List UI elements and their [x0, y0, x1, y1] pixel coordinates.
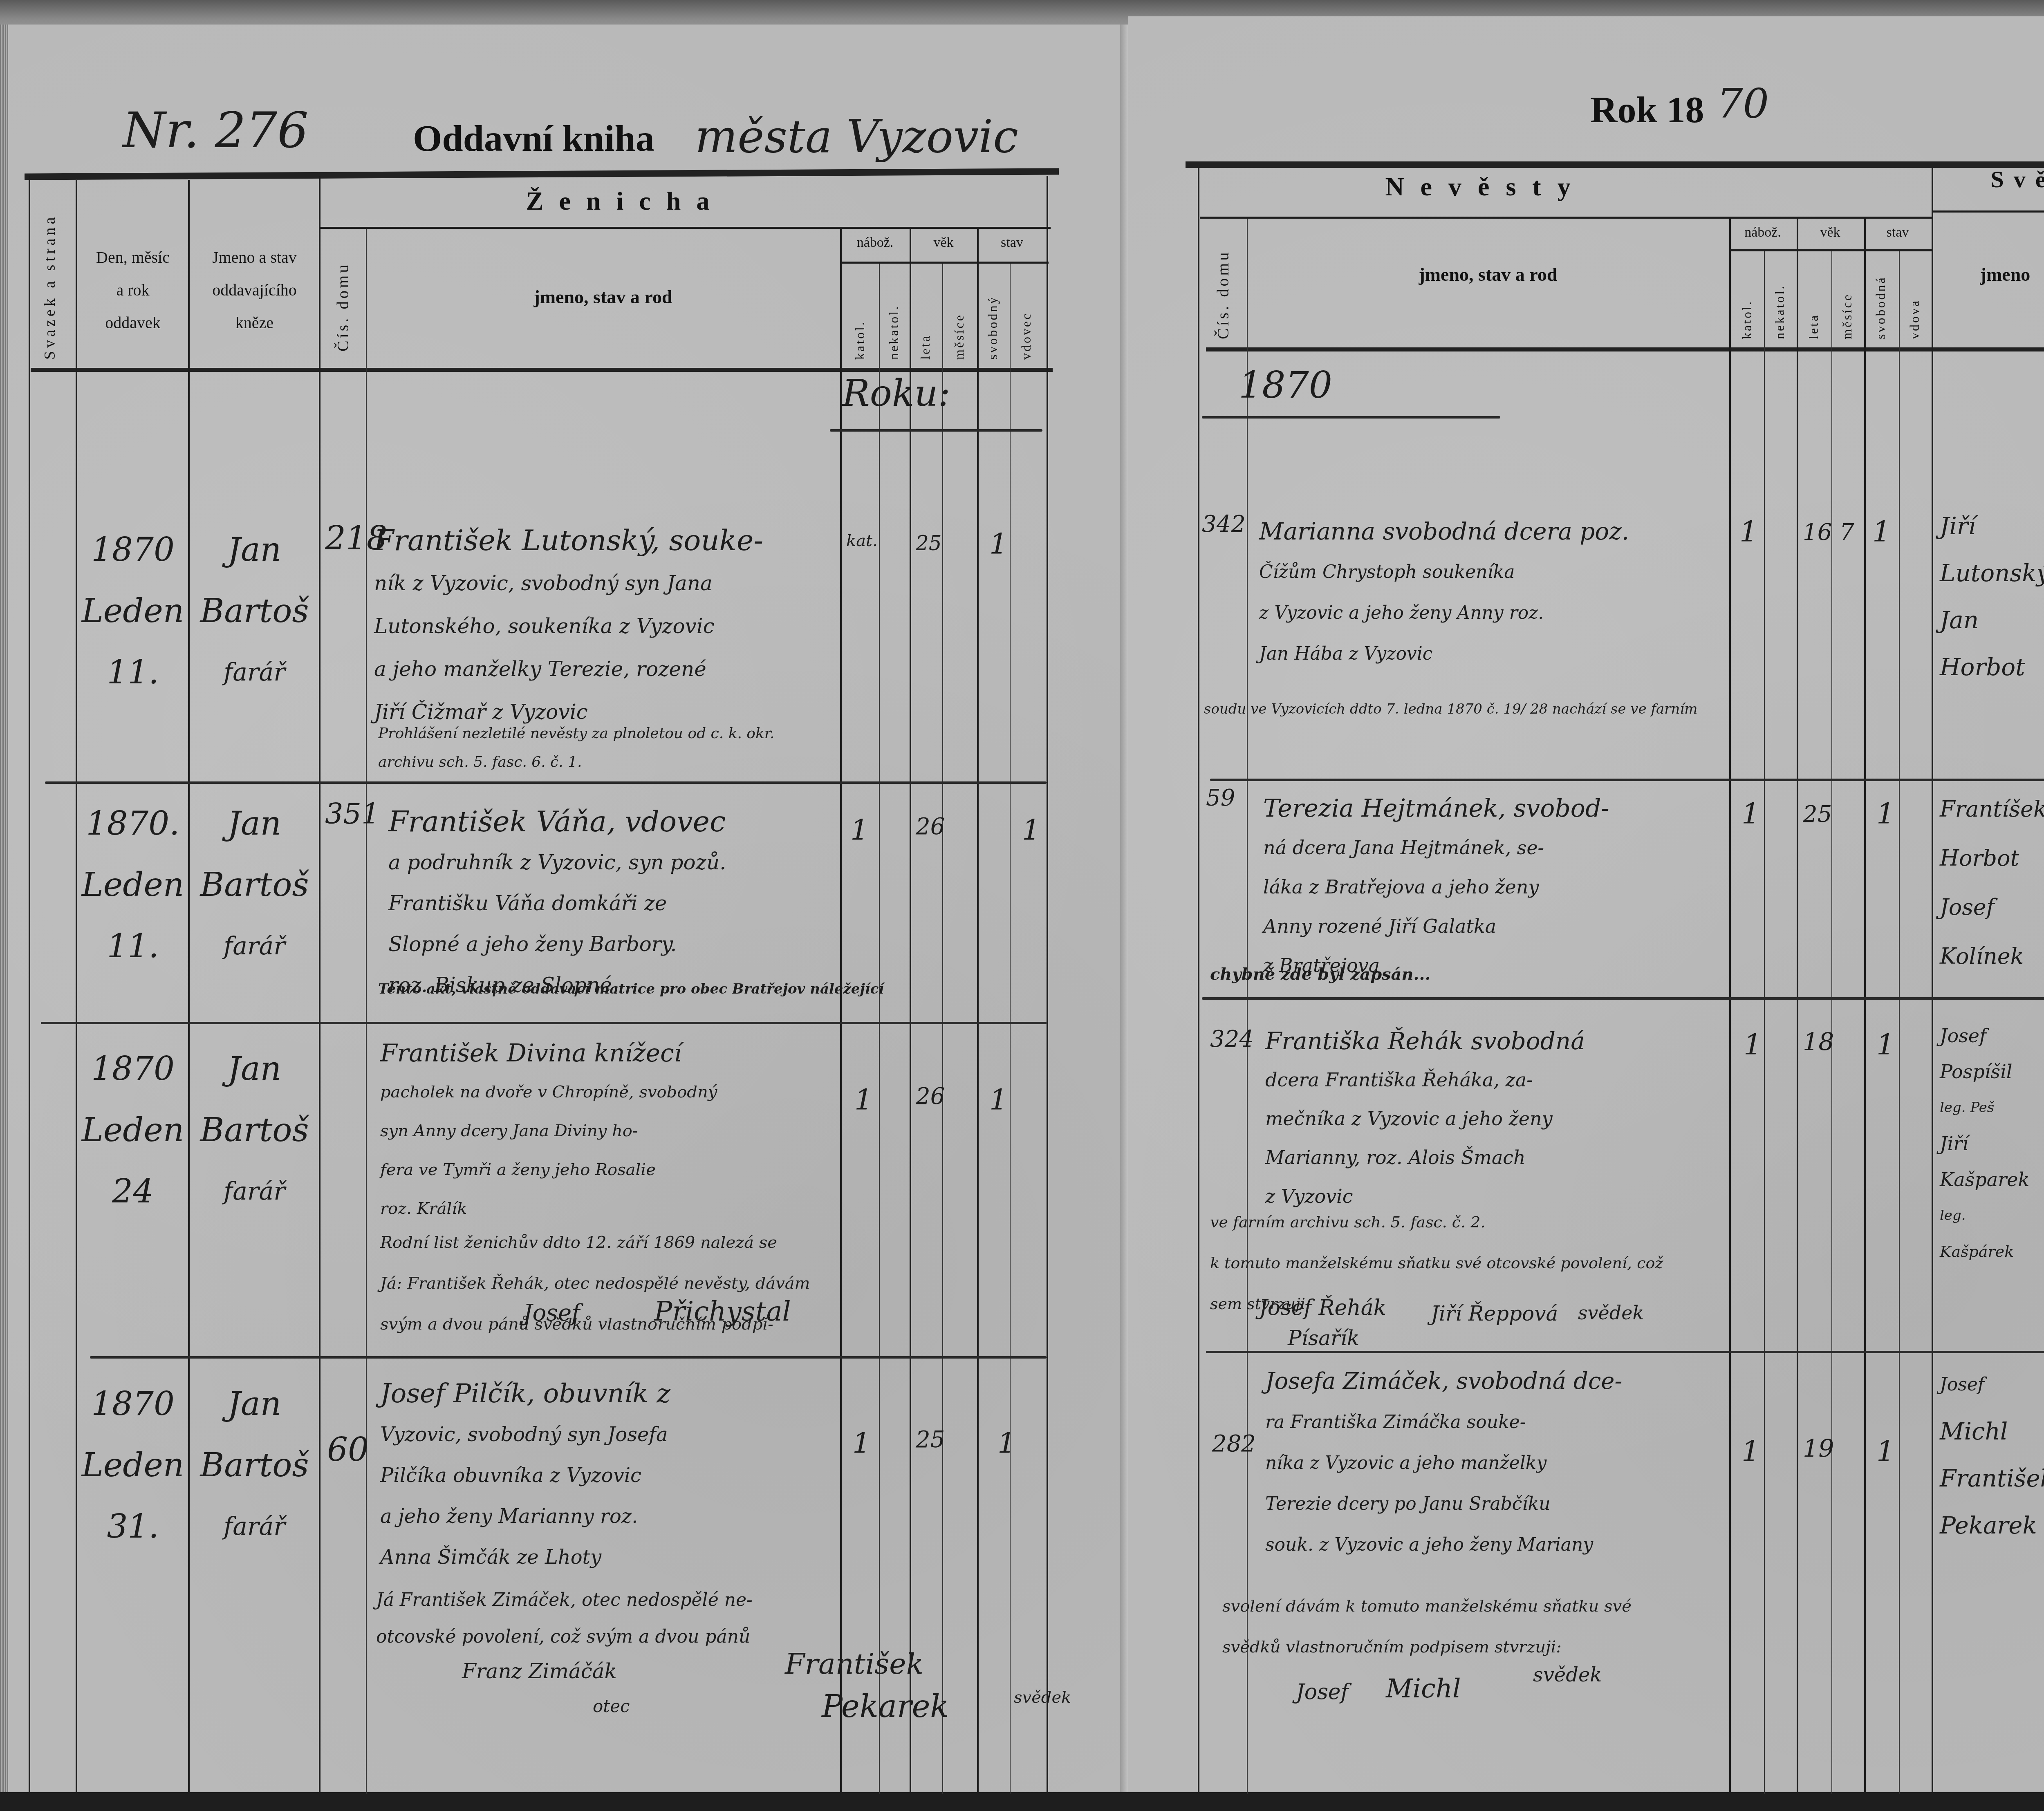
col-age: věk [911, 235, 976, 251]
register-title: Oddavní kniha [413, 116, 654, 160]
bride-2-witnesses: Frantíšek Horbot Josef Kolínek [1940, 785, 2044, 981]
entry-4-single: 1 [997, 1426, 1016, 1460]
bride-4-age-years: 19 [1803, 1435, 1834, 1463]
bride-3-religion: 1 [1744, 1028, 1762, 1061]
bride-4-name: Josefa Zimáček, svobodná dce- ra Františ… [1265, 1361, 1622, 1565]
entry-1-note: Prohlášení nezletilé nevěsty za plnoleto… [378, 719, 775, 777]
bride-1-witnesses: Jiří Lutonský Jan Horbot [1940, 503, 2044, 691]
entry-3-date: 1870 Leden 24 [78, 1038, 188, 1222]
entry-3-groom: František Divina knížecí pacholek na dvo… [380, 1034, 717, 1228]
col-religion: nábož. [841, 235, 909, 251]
bride-3-house: 324 [1210, 1026, 1254, 1052]
col-bride-catholic: katol. [1739, 300, 1755, 339]
year-marker-right: 1870 [1239, 364, 1332, 407]
bride-1-religion: 1 [1739, 515, 1758, 548]
bride-3-name: Františka Řehák svobodná dcera Františka… [1265, 1022, 1585, 1216]
section-witnesses: Svědkův [1932, 166, 2044, 193]
bride-1-age-years: 16 [1803, 519, 1832, 546]
col-house-number: Čís. domu [333, 262, 352, 351]
entry-1-single: 1 [989, 527, 1008, 561]
bride-4-note: svolení dávám k tomuto manželskému sňatk… [1222, 1586, 1632, 1668]
bride-1-name: Marianna svobodná dcera poz. Čížům Chrys… [1259, 511, 1629, 674]
year-handwritten: 70 [1717, 80, 1769, 128]
table-top-rule-right [1186, 161, 2044, 168]
bride-2-age-years: 25 [1803, 801, 1832, 828]
entry-4-religion: 1 [852, 1426, 871, 1460]
entry-2-note: Tento akt, vlastně oddavací matrice pro … [378, 981, 884, 997]
entry-4-signature-father-role: otec [593, 1696, 630, 1716]
col-months: měsíce [952, 313, 967, 360]
col-catholic: katol. [852, 320, 867, 360]
col-single: svobodný [985, 296, 1000, 360]
entry-1-date: 1870 Leden 11. [78, 519, 188, 703]
entry-3-age: 26 [916, 1083, 945, 1110]
entry-4-age: 25 [916, 1426, 945, 1453]
header-divider [319, 227, 1051, 229]
bride-4-signature-1: Josef [1296, 1680, 1349, 1704]
entry-4-signature-witness-role: svědek [1014, 1688, 1071, 1707]
col-volume-page: Svazek a strana [41, 214, 59, 360]
bride-3-witnesses: Josef Pospíšil leg. Peš Jiří Kašparek le… [1940, 1018, 2029, 1269]
entry-4-signature-witness: František [785, 1647, 923, 1681]
entry-4-priest: Jan Bartoš farář [190, 1373, 319, 1557]
bride-4-witnesses: Josef Michl František Pekarek [1940, 1361, 2044, 1549]
bride-1-single: 1 [1872, 515, 1891, 548]
entry-3-religion: 1 [854, 1083, 873, 1117]
entry-2-date: 1870. Leden 11. [78, 793, 188, 977]
book-number: Nr. 276 [123, 102, 309, 159]
col-date: Den, měsíc a rok oddavek [78, 241, 188, 339]
bride-1-note: soudu ve Vyzovicích ddto 7. ledna 1870 č… [1204, 701, 1698, 717]
col-status: stav [978, 235, 1046, 251]
entry-1-age: 25 [916, 531, 942, 555]
entry-2-priest: Jan Bartoš farář [190, 793, 319, 977]
entry-1-groom: František Lutonský, souke- ník z Vyzovic… [374, 519, 763, 734]
subheader-divider [840, 262, 1049, 264]
col-bride-house: Čís. domu [1213, 250, 1233, 339]
col-bride-single: svobodná [1873, 276, 1888, 339]
section-groom: Ženicha [413, 186, 838, 216]
col-priest: Jmeno a stav oddavajícího kněze [190, 241, 319, 339]
bride-4-signature-2: Michl [1386, 1674, 1461, 1704]
bride-2-house: 59 [1206, 785, 1235, 811]
bride-3-signature-4: svědek [1578, 1302, 1644, 1324]
entry-1-religion: kat. [846, 531, 878, 550]
section-bride: Nevěsty [1247, 172, 1725, 202]
bride-4-signature-3: svědek [1533, 1663, 1602, 1686]
col-witness-name: jmeno [1932, 264, 2044, 285]
col-noncatholic: nekatol. [886, 305, 901, 360]
entry-2-house: 351 [325, 797, 380, 831]
bride-2-name: Terezia Hejtmánek, svobod- ná dcera Jana… [1263, 789, 1609, 985]
col-bride-years: leta [1806, 314, 1821, 339]
col-widower: vdovec [1019, 312, 1034, 360]
bride-4-house: 282 [1212, 1430, 1256, 1457]
entry-4-house: 60 [327, 1430, 369, 1468]
col-bride-religion: nábož. [1730, 225, 1795, 240]
entry-3-single: 1 [989, 1083, 1008, 1117]
bride-1-age-months: 7 [1840, 519, 1854, 546]
year-printed: Rok 18 [1590, 88, 1704, 131]
col-bride-name: jmeno, stav a rod [1247, 264, 1729, 285]
col-bride-months: měsíce [1840, 293, 1855, 339]
bride-3-single: 1 [1876, 1028, 1895, 1061]
header-bottom-rule [31, 368, 1053, 372]
entry-2-age: 26 [916, 813, 945, 840]
bride-3-age-years: 18 [1803, 1028, 1834, 1057]
entry-4-date: 1870 Leden 31. [78, 1373, 188, 1557]
entry-4-note: Já František Zimáček, otec nedospělé ne-… [376, 1582, 753, 1655]
entry-2-widower: 1 [1022, 813, 1040, 847]
col-bride-age: věk [1797, 225, 1863, 240]
col-years: leta [918, 334, 933, 360]
col-bride-status: stav [1865, 225, 1930, 240]
entry-2-groom: František Váňa, vdovec a podruhník z Vyz… [388, 801, 726, 1005]
year-marker-left: Roku: [842, 372, 950, 415]
entry-4-signature-father: Franz Zimáčák [462, 1659, 617, 1683]
entry-2-religion: 1 [850, 813, 869, 847]
bride-2-note: chybně zde byl zapsán... [1210, 965, 1430, 984]
bride-2-religion: 1 [1741, 797, 1760, 831]
register-town: města Vyzovic [695, 110, 1018, 163]
bride-3-signature-1: Josef Řehák [1259, 1296, 1386, 1320]
bride-4-religion: 1 [1741, 1435, 1760, 1468]
entry-3-signature-1: Josef [523, 1300, 580, 1326]
bride-3-signature-3: Jiří Řeppová [1431, 1302, 1558, 1325]
bride-3-signature-2: Písařík [1288, 1326, 1359, 1350]
bride-2-single: 1 [1876, 797, 1895, 831]
entry-3-priest: Jan Bartoš farář [190, 1038, 319, 1222]
bride-1-house: 342 [1202, 511, 1246, 537]
entry-3-signature-2: Přichystal [654, 1296, 791, 1327]
col-groom-name: jmeno, stav a rod [368, 286, 838, 308]
entry-4-groom: Josef Pilčík, obuvník z Vyzovic, svobodn… [380, 1373, 670, 1578]
entry-4-signature-witness-surname: Pekarek [822, 1688, 949, 1724]
col-bride-noncatholic: nekatol. [1772, 284, 1787, 339]
bride-4-single: 1 [1876, 1435, 1895, 1468]
entry-1-priest: Jan Bartoš farář [190, 519, 319, 703]
col-bride-widow: vdova [1907, 299, 1922, 339]
scan-bottom-shadow [0, 1792, 2044, 1811]
